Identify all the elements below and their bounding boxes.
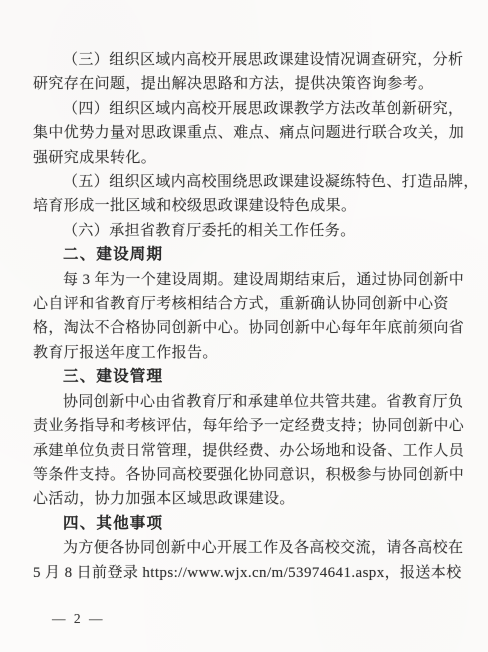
text-line: 为方便各协同创新中心开展工作及各高校交流，请各高校在 (33, 536, 467, 560)
text-line: 教育厅报送年度工作报告。 (33, 341, 467, 365)
page-number: — 2 — (52, 610, 105, 628)
text-line: （六）承担省教育厅委托的相关工作任务。 (33, 219, 467, 243)
section-heading: 三、建设管理 (33, 365, 467, 389)
text-line: 培育形成一批区域和校级思政课建设特色成果。 (33, 194, 467, 218)
text-line: 强研究成果转化。 (33, 146, 467, 170)
text-line: 格，淘汰不合格协同创新中心。协同创新中心每年年底前须向省 (33, 316, 467, 340)
text-line: 心自评和省教育厅考核相结合方式，重新确认协同创新中心资 (33, 292, 467, 316)
document-body: （三）组织区域内高校开展思政课建设情况调查研究，分析研究存在问题，提出解决思路和… (33, 48, 467, 585)
text-line: 承建单位负责日常管理，提供经费、办公场地和设备、工作人员 (33, 439, 467, 463)
text-line: 协同创新中心由省教育厅和承建单位共管共建。省教育厅负 (33, 390, 467, 414)
text-line: 责业务指导和考核评估，每年给予一定经费支持；协同创新中心 (33, 414, 467, 438)
text-line: 每 3 年为一个建设周期。建设周期结束后，通过协同创新中 (33, 268, 467, 292)
text-line: （五）组织区域内高校围绕思政课建设凝练特色、打造品牌， (33, 170, 467, 194)
text-line: 等条件支持。各协同高校要强化协同意识，积极参与协同创新中 (33, 463, 467, 487)
text-line: 研究存在问题，提出解决思路和方法，提供决策咨询参考。 (33, 72, 467, 96)
text-line: （四）组织区域内高校开展思政课教学方法改革创新研究， (33, 97, 467, 121)
text-line: 心活动，协力加强本区域思政课建设。 (33, 487, 467, 511)
text-line: 集中优势力量对思政课重点、难点、痛点问题进行联合攻关，加 (33, 121, 467, 145)
section-heading: 四、其他事项 (33, 512, 467, 536)
document-page: （三）组织区域内高校开展思政课建设情况调查研究，分析研究存在问题，提出解决思路和… (0, 0, 488, 652)
text-line: （三）组织区域内高校开展思政课建设情况调查研究，分析 (33, 48, 467, 72)
section-heading: 二、建设周期 (33, 243, 467, 267)
text-line: 5 月 8 日前登录 https://www.wjx.cn/m/53974641… (33, 561, 467, 585)
